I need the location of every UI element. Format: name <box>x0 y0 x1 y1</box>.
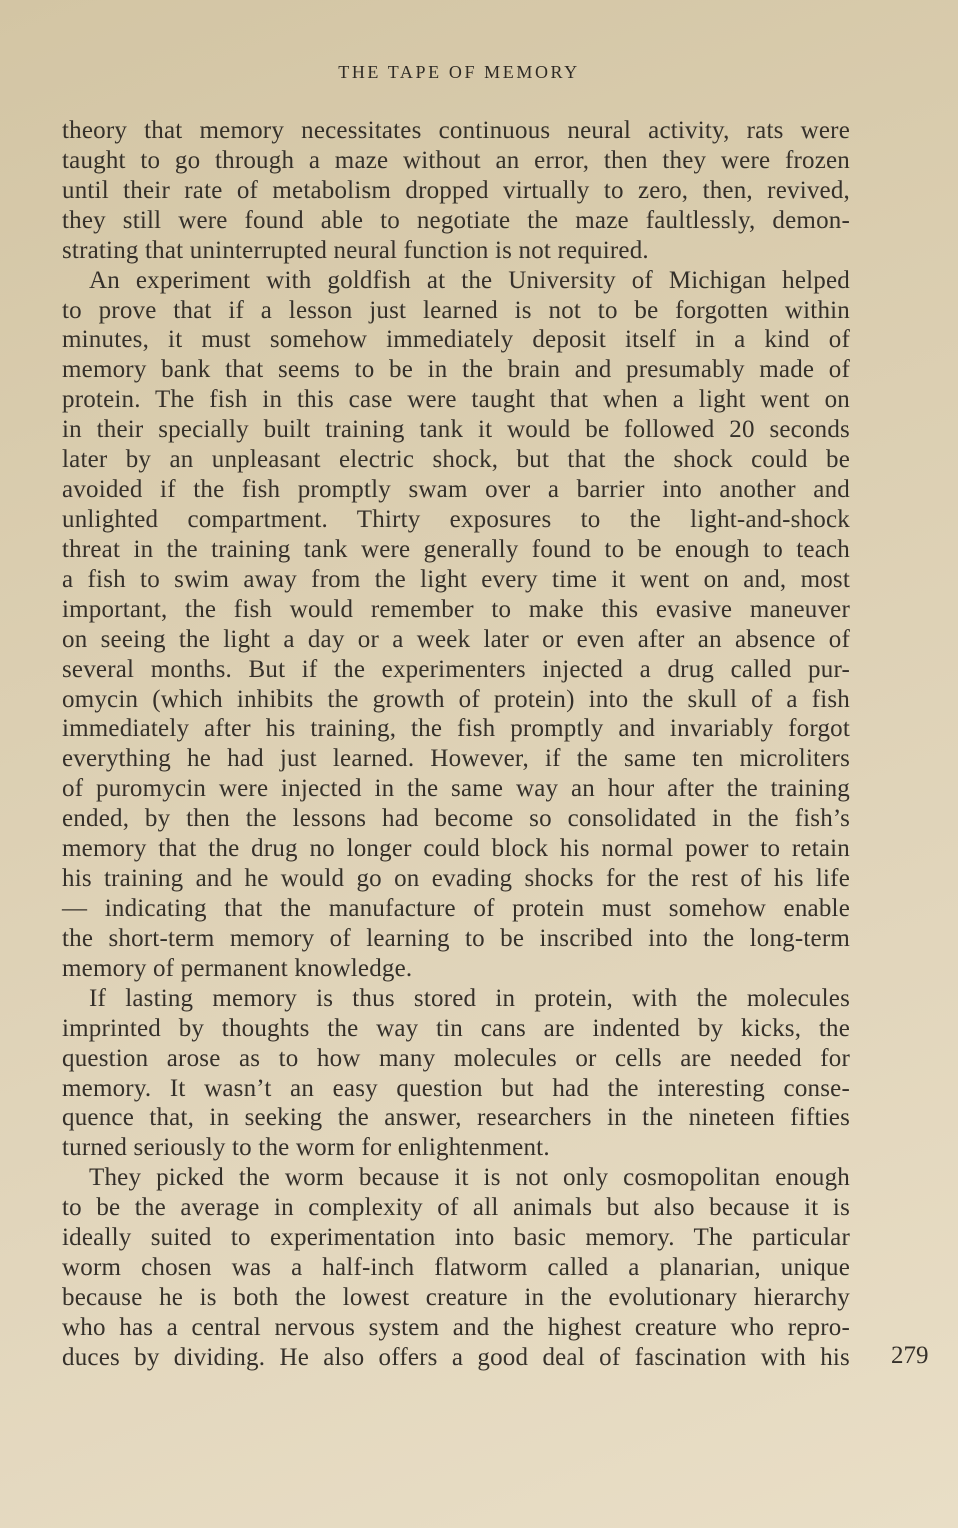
text-line: later by an unpleasant electric shock, b… <box>62 445 850 475</box>
text-line: If lasting memory is thus stored in prot… <box>62 984 850 1014</box>
text-line: imprinted by thoughts the way tin cans a… <box>62 1014 850 1044</box>
text-line: minutes, it must somehow immediately dep… <box>62 325 850 355</box>
text-line: unlighted compartment. Thirty exposures … <box>62 505 850 535</box>
text-line: important, the fish would remember to ma… <box>62 595 850 625</box>
text-line: his training and he would go on evading … <box>62 864 850 894</box>
text-line: turned seriously to the worm for enlight… <box>62 1133 850 1163</box>
text-line: until their rate of metabolism dropped v… <box>62 176 850 206</box>
text-line: avoided if the fish promptly swam over a… <box>62 475 850 505</box>
text-line: duces by dividing. He also offers a good… <box>62 1343 850 1373</box>
text-line: memory that the drug no longer could blo… <box>62 834 850 864</box>
text-line: strating that uninterrupted neural funct… <box>62 236 850 266</box>
text-line: omycin (which inhibits the growth of pro… <box>62 685 850 715</box>
text-line: immediately after his training, the fish… <box>62 714 850 744</box>
text-line: — indicating that the manufacture of pro… <box>62 894 850 924</box>
paragraph: An experiment with goldfish at the Unive… <box>62 266 850 984</box>
text-line: of puromycin were injected in the same w… <box>62 774 850 804</box>
text-line: memory of permanent knowledge. <box>62 954 850 984</box>
paragraph: They picked the worm because it is not o… <box>62 1163 850 1372</box>
text-line: quence that, in seeking the answer, rese… <box>62 1103 850 1133</box>
paragraph: theory that memory necessitates continuo… <box>62 116 850 266</box>
text-line: on seeing the light a day or a week late… <box>62 625 850 655</box>
paragraph: If lasting memory is thus stored in prot… <box>62 984 850 1164</box>
text-line: memory. It wasn’t an easy question but h… <box>62 1074 850 1104</box>
text-line: who has a central nervous system and the… <box>62 1313 850 1343</box>
text-line: to be the average in complexity of all a… <box>62 1193 850 1223</box>
page-number: 279 <box>891 1342 929 1370</box>
text-line: everything he had just learned. However,… <box>62 744 850 774</box>
page-body: theory that memory necessitates continuo… <box>62 116 850 1373</box>
text-line: a fish to swim away from the light every… <box>62 565 850 595</box>
text-line: question arose as to how many molecules … <box>62 1044 850 1074</box>
text-line: they still were found able to negotiate … <box>62 206 850 236</box>
text-line: An experiment with goldfish at the Unive… <box>62 266 850 296</box>
text-line: theory that memory necessitates continuo… <box>62 116 850 146</box>
text-line: taught to go through a maze without an e… <box>62 146 850 176</box>
text-line: in their specially built training tank i… <box>62 415 850 445</box>
text-line: to prove that if a lesson just learned i… <box>62 296 850 326</box>
text-line: worm chosen was a half-inch flatworm cal… <box>62 1253 850 1283</box>
text-line: protein. The fish in this case were taug… <box>62 385 850 415</box>
text-line: memory bank that seems to be in the brai… <box>62 355 850 385</box>
running-head: THE TAPE OF MEMORY <box>0 62 918 83</box>
text-line: ended, by then the lessons had become so… <box>62 804 850 834</box>
text-line: the short-term memory of learning to be … <box>62 924 850 954</box>
text-line: threat in the training tank were general… <box>62 535 850 565</box>
text-line: They picked the worm because it is not o… <box>62 1163 850 1193</box>
text-line: ideally suited to experimentation into b… <box>62 1223 850 1253</box>
text-line: several months. But if the experimenters… <box>62 655 850 685</box>
text-line: because he is both the lowest creature i… <box>62 1283 850 1313</box>
